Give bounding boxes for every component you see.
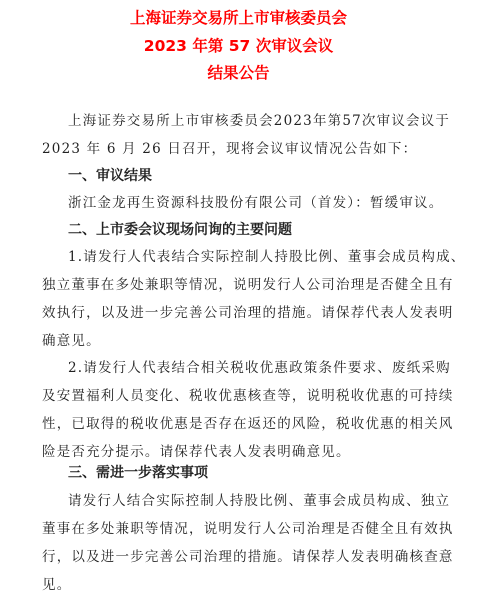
item-2-line-1: 2.请发行人代表结合相关税收优惠政策条件要求、废纸采购 — [68, 358, 451, 378]
title-line-3: 结果公告 — [0, 63, 477, 83]
item-1-line-3: 效执行，以及进一步完善公司治理的措施。请保荐代表人发表明 — [42, 303, 454, 323]
title-line-2: 2023 年第 57 次审议会议 — [0, 36, 477, 56]
section-3-line-2: 董事在多处兼职等情况，说明发行人公司治理是否健全且有效执 — [42, 519, 454, 539]
intro-line-2: 2023 年 6 月 26 日召开，现将会议审议情况公告如下： — [42, 139, 417, 159]
item-1-line-2: 独立董事在多处兼职等情况，说明发行人公司治理是否健全且有 — [42, 275, 454, 295]
section-3-line-4: 见。 — [42, 575, 71, 595]
intro-line-1: 上海证券交易所上市审核委员会2023年第57次审议会议于 — [68, 111, 450, 131]
title-line-1: 上海证券交易所上市审核委员会 — [0, 8, 477, 28]
item-2-line-3: 性，已取得的税收优惠是否存在返还的风险，税收优惠的相关风 — [42, 414, 454, 434]
item-1-line-1: 1.请发行人代表结合实际控制人持股比例、董事会成员构成、 — [68, 247, 465, 267]
section-3-heading: 三、需进一步落实事项 — [68, 463, 208, 483]
item-1-line-4: 确意见。 — [42, 331, 101, 351]
item-2-line-4: 险是否充分提示。请保荐代表人发表明确意见。 — [42, 442, 351, 462]
section-2-heading: 二、上市委会议现场问询的主要问题 — [68, 220, 292, 240]
section-3-line-1: 请发行人结合实际控制人持股比例、董事会成员构成、独立 — [68, 491, 450, 511]
section-3-line-3: 行，以及进一步完善公司治理的措施。请保荐人发表明确核查意 — [42, 547, 454, 567]
item-2-line-2: 及安置福利人员变化、税收优惠核查等，说明税收优惠的可持续 — [42, 386, 454, 406]
section-1-line: 浙江金龙再生资源科技股份有限公司（首发）：暂缓审议。 — [68, 193, 443, 213]
section-1-heading: 一、审议结果 — [68, 166, 152, 186]
